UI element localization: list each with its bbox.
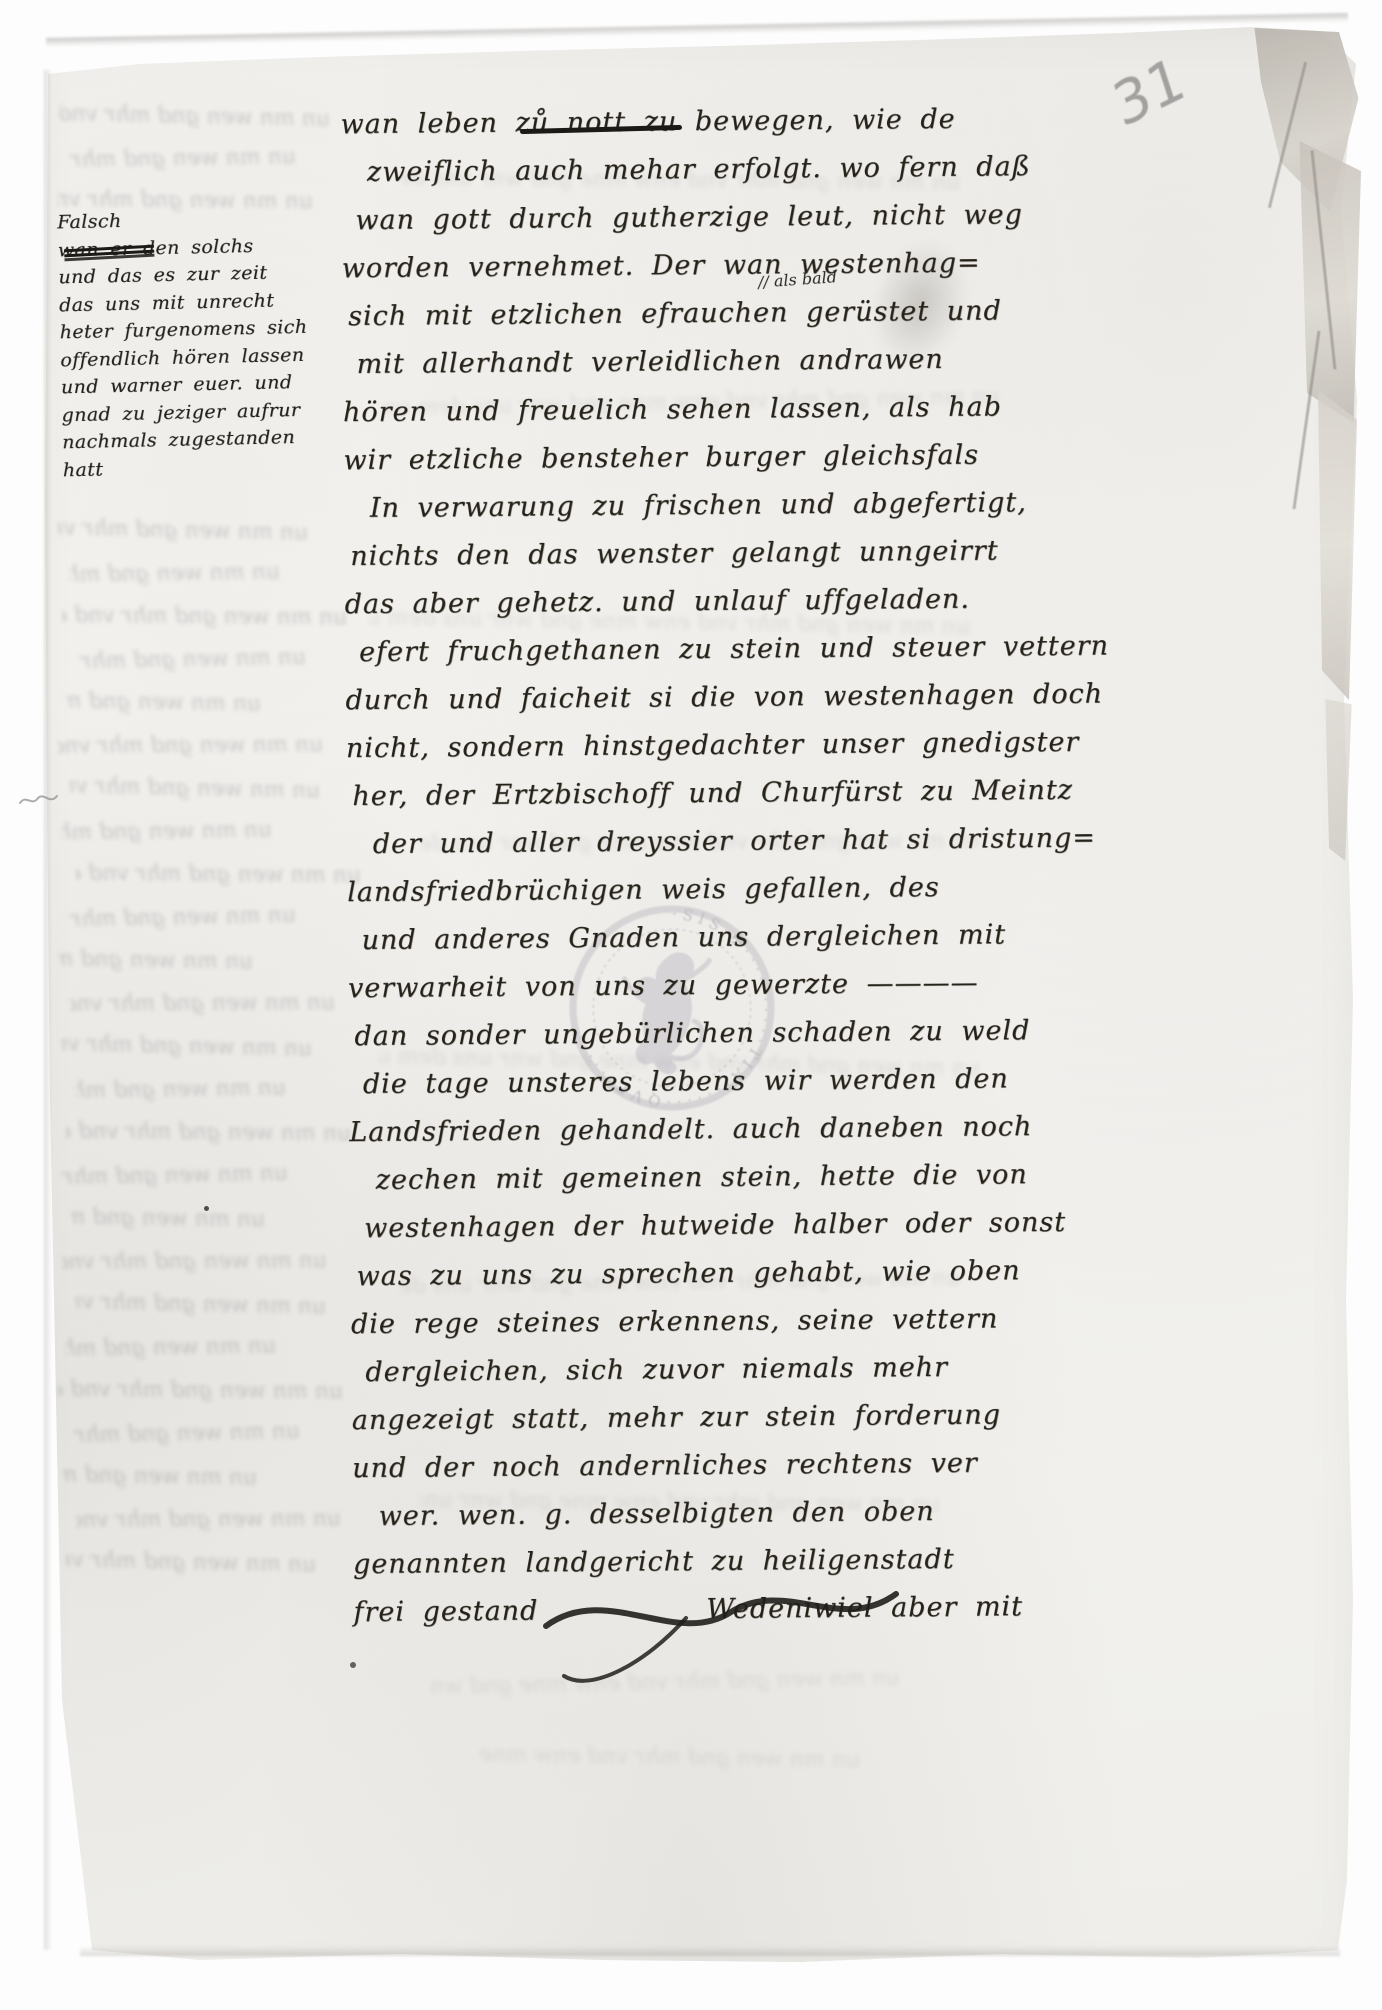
manuscript-line: die rege steines erkennens, seine vetter… [351, 1295, 1057, 1349]
manuscript-line: sich mit etzlichen efrauchen gerüstet un… [348, 287, 1048, 341]
bleedthrough-line: un mn wen gnd mhr vnd enw mne gnd wnr un… [58, 515, 309, 554]
manuscript-line: zechen mit gemeinen stein, hette die von [376, 1151, 1056, 1205]
bleedthrough-line: un mn wen gnd mhr vnd enw mne gnd wnr un… [62, 818, 272, 855]
manuscript-line: wan gott durch gutherzige leut, nicht we… [355, 191, 1047, 245]
bleedthrough-line: un mn wen gnd mhr vnd enw mne gnd wnr un… [66, 903, 297, 941]
bleedthrough-line: un mn wen gnd mhr vnd enw mne gnd wnr un… [66, 1334, 276, 1371]
document-scan: un mn wen gnd mhr vnd enw mne gnd wnr un… [0, 0, 1382, 2010]
bleedthrough-line: un mn wen gnd mhr vnd enw mne gnd wnr un… [62, 603, 347, 639]
margin-mark [18, 790, 60, 810]
manuscript-line: nicht, sondern hinstgedachter unser gned… [346, 719, 1052, 773]
pen-flourish [536, 1568, 916, 1708]
manuscript-line: das aber gehetz. und unlauf uffgeladen. [345, 575, 1051, 629]
manuscript-line: wer. wen. g. desselbigten den oben [378, 1487, 1058, 1541]
manuscript-line: landsfriedbrüchigen weis gefallen, des [347, 863, 1053, 917]
bleedthrough-line: un mn wen gnd mhr vnd enw mne gnd wnr un… [62, 1462, 258, 1499]
manuscript-line: dergleichen, sich zuvor niemals mehr [365, 1343, 1057, 1397]
bleedthrough-line: un mn wen gnd mhr vnd enw mne gnd wnr un… [70, 990, 335, 1025]
bleedthrough-line: un mn wen gnd mhr vnd enw mne gnd wnr un… [66, 1119, 351, 1155]
bleedthrough-line: un mn wen gnd mhr vnd enw mne gnd wnr un… [70, 773, 321, 812]
bleedthrough-line: un mn wen gnd mhr vnd enw mne gnd wnr un… [70, 560, 280, 597]
bleedthrough-line: un mn wen gnd mhr vnd enw mne gnd wnr un… [70, 1419, 301, 1457]
bleedthrough-line: un mn wen gnd mhr vnd enw mne gnd wnr un… [76, 645, 307, 683]
manuscript-line: Landsfrieden gehandelt. auch daneben noc… [349, 1103, 1055, 1157]
manuscript-line: wan leben zů nott zu bewegen, wie de [340, 95, 1046, 149]
manuscript-line: her, der Ertzbischoff und Churfürst zu M… [352, 767, 1052, 821]
manuscript-line: hören und freuelich sehen lassen, als ha… [343, 383, 1049, 437]
manuscript-line: mit allerhandt verleidlichen andrawen [356, 335, 1048, 389]
bleedthrough-line: un mn wen gnd mhr vnd enw mne gnd wnr un… [58, 1377, 343, 1413]
manuscript-line: worden vernehmet. Der wan westenhag= [342, 239, 1048, 293]
bleedthrough-line: un mn wen gnd mhr vnd enw mne gnd wnr un… [76, 1076, 286, 1113]
manuscript-line: In verwarung zu frischen und abgefertigt… [370, 479, 1050, 533]
ink-dot [204, 1206, 209, 1211]
manuscript-line: der und aller dreyssier orter hat si dri… [373, 815, 1053, 869]
manuscript-line: westenhagen der hutweide halber oder son… [364, 1199, 1056, 1253]
bleedthrough-line: un mn wen gnd mhr vnd enw mne gnd wnr un… [76, 1289, 327, 1328]
bleedthrough-line: un mn wen gnd mhr vnd enw mne gnd wnr un… [58, 732, 323, 767]
bleedthrough-line: un mn wen gnd mhr vnd enw mne gnd wnr un… [58, 1161, 289, 1199]
bleedthrough-line: un mn wen gnd mhr vnd enw mne gnd wnr un… [60, 101, 331, 141]
manuscript-line: verwarheit von uns zu gewerzte ———— [348, 959, 1054, 1013]
margin-annotation: Falschwan er den solchsund das es zur ze… [57, 203, 363, 485]
manuscript-line: und der noch andernliches rechtens ver [352, 1439, 1058, 1493]
bleedthrough-line: un mn wen gnd mhr vnd enw mne gnd wnr un… [76, 861, 361, 897]
manuscript-line: angezeigt statt, mehr zur stein forderun… [352, 1391, 1058, 1445]
torn-edge-bottom [80, 1946, 1340, 1956]
manuscript-line: was zu uns zu sprechen gehabt, wie oben [356, 1247, 1056, 1301]
bleedthrough-line: un mn wen gnd mhr vnd enw mne gnd wnr un… [66, 144, 296, 181]
bleedthrough-line: un mn wen gnd mhr vnd enw mne gnd wnr un… [58, 946, 254, 983]
torn-edge-left [44, 70, 52, 1950]
bleedthrough-line: un mn wen gnd mhr vnd enw mne gnd wnr un… [62, 1031, 313, 1070]
main-text-block: wan leben zů nott zu bewegen, wie dezwei… [340, 95, 1059, 1637]
manuscript-line: und anderes Gnaden uns dergleichen mit [361, 911, 1053, 965]
manuscript-line: efert fruchgethanen zu stein und steuer … [359, 623, 1051, 677]
bleedthrough-line: un mn wen gnd mhr vnd enw mne gnd wnr un… [62, 1248, 327, 1283]
bleedthrough-line: un mn wen gnd mhr vnd enw mne gnd wnr un… [70, 1204, 266, 1241]
ink-dot [350, 1662, 356, 1668]
manuscript-line: nichts den das wenster gelangt unngeirrt [350, 527, 1050, 581]
manuscript-line: zweiflich auch mehar erfolgt. wo fern da… [367, 143, 1047, 197]
manuscript-line: die tage unsteres lebens wir werden den [363, 1055, 1055, 1109]
bleedthrough-line: un mn wen gnd mhr vnd enw mne gnd wnr un… [66, 1547, 317, 1586]
manuscript-line: wir etzliche bensteher burger gleichsfal… [343, 431, 1049, 485]
bleedthrough-line: un mn wen gnd mhr vnd enw mne gnd wnr un… [76, 1506, 341, 1541]
bleedthrough-line: un mn wen gnd mhr vnd enw mne gnd wnr un… [480, 1742, 860, 1782]
bleedthrough-line: un mn wen gnd mhr vnd enw mne gnd wnr un… [66, 688, 262, 725]
manuscript-line: dan sonder ungebürlichen schaden zu weld [354, 1007, 1054, 1061]
manuscript-line: durch und faicheit si die von westenhage… [345, 671, 1051, 725]
